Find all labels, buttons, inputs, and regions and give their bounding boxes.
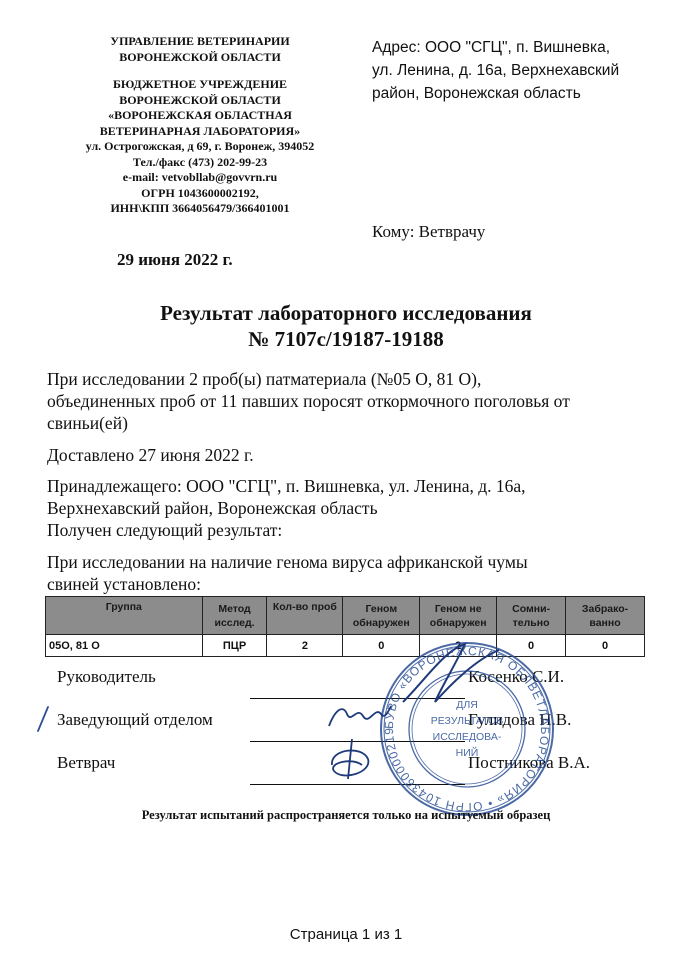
owner-info: Принадлежащего: ООО "СГЦ", п. Вишневка, … <box>47 475 667 519</box>
address-line: Адрес: ООО "СГЦ", п. Вишневка, <box>372 36 672 59</box>
signature-scribble-icon <box>395 640 505 710</box>
svg-text:РЕЗУЛЬТАТОВ: РЕЗУЛЬТАТОВ <box>431 715 503 727</box>
col-header-rejected: Забрако-ванно <box>566 597 645 635</box>
page-number: Страница 1 из 1 <box>0 926 692 943</box>
signature-scribble-icon <box>325 700 395 730</box>
svg-text:ИССЛЕДОВА-: ИССЛЕДОВА- <box>433 731 502 743</box>
org-line: УПРАВЛЕНИЕ ВЕТЕРИНАРИИ <box>60 34 340 50</box>
table-header-row: Группа Методисслед. Кол-во проб Геномобн… <box>46 597 645 635</box>
org-line: БЮДЖЕТНОЕ УЧРЕЖДЕНИЕ <box>60 77 340 93</box>
handwritten-tick-icon <box>36 706 50 732</box>
address-line: ул. Ленина, д. 16а, Верхнехавский <box>372 59 672 82</box>
delivered-date: Доставлено 27 июня 2022 г. <box>47 444 667 466</box>
lab-letterhead: УПРАВЛЕНИЕ ВЕТЕРИНАРИИ ВОРОНЕЖСКОЙ ОБЛАС… <box>60 34 340 217</box>
signature-role: Заведующий отделом <box>57 710 213 730</box>
org-email: e-mail: vetvobllab@govvrn.ru <box>60 170 340 186</box>
result-intro: Получен следующий результат: <box>47 519 667 541</box>
svg-text:НИЙ: НИЙ <box>456 746 479 759</box>
text-line: свиней установлено: <box>47 573 667 595</box>
text-line: Принадлежащего: ООО "СГЦ", п. Вишневка, … <box>47 475 667 497</box>
text-line: свиньи(ей) <box>47 412 667 434</box>
signature-role: Ветврач <box>57 753 115 773</box>
org-line: ВОРОНЕЖСКОЙ ОБЛАСТИ <box>60 50 340 66</box>
document-date: 29 июня 2022 г. <box>117 250 233 270</box>
col-header-method: Методисслед. <box>202 597 267 635</box>
study-statement: При исследовании на наличие генома вирус… <box>47 551 667 595</box>
document-title: Результат лабораторного исследования № 7… <box>0 300 692 352</box>
col-header-sample-count: Кол-во проб <box>267 597 343 635</box>
signature-role: Руководитель <box>57 667 156 687</box>
text-line: При исследовании на наличие генома вирус… <box>47 551 667 573</box>
text-line: Верхнехавский район, Воронежская область <box>47 497 667 519</box>
signature-scribble-icon <box>322 735 378 783</box>
cell-method: ПЦР <box>202 635 267 657</box>
col-header-genome-not-detected: Геном необнаружен <box>420 597 497 635</box>
validity-note: Результат испытаний распространяется тол… <box>0 808 692 823</box>
cell-rejected: 0 <box>566 635 645 657</box>
recipient-address: Адрес: ООО "СГЦ", п. Вишневка, ул. Ленин… <box>372 36 672 105</box>
recipient: Кому: Ветврачу <box>372 222 485 242</box>
study-description: При исследовании 2 проб(ы) патматериала … <box>47 368 667 434</box>
text-line: объединенных проб от 11 павших поросят о… <box>47 390 667 412</box>
col-header-group: Группа <box>46 597 203 635</box>
col-header-doubtful: Сомни-тельно <box>497 597 566 635</box>
org-inn: ИНН\КПП 3664056479/366401001 <box>60 201 340 217</box>
cell-sample-count: 2 <box>267 635 343 657</box>
org-line: «ВОРОНЕЖСКАЯ ОБЛАСТНАЯ <box>60 108 340 124</box>
cell-group: 05О, 81 О <box>46 635 203 657</box>
text-line: При исследовании 2 проб(ы) патматериала … <box>47 368 667 390</box>
org-line: ВОРОНЕЖСКОЙ ОБЛАСТИ <box>60 93 340 109</box>
col-header-genome-detected: Геномобнаружен <box>343 597 420 635</box>
org-ogrn: ОГРН 1043600002192, <box>60 186 340 202</box>
org-phone: Тел./факс (473) 202-99-23 <box>60 155 340 171</box>
org-address: ул. Острогожская, д 69, г. Воронеж, 3940… <box>60 139 340 155</box>
title-line: Результат лабораторного исследования <box>0 300 692 326</box>
org-line: ВЕТЕРИНАРНАЯ ЛАБОРАТОРИЯ» <box>60 124 340 140</box>
address-line: район, Воронежская область <box>372 82 672 105</box>
document-number: № 7107с/19187-19188 <box>0 326 692 352</box>
